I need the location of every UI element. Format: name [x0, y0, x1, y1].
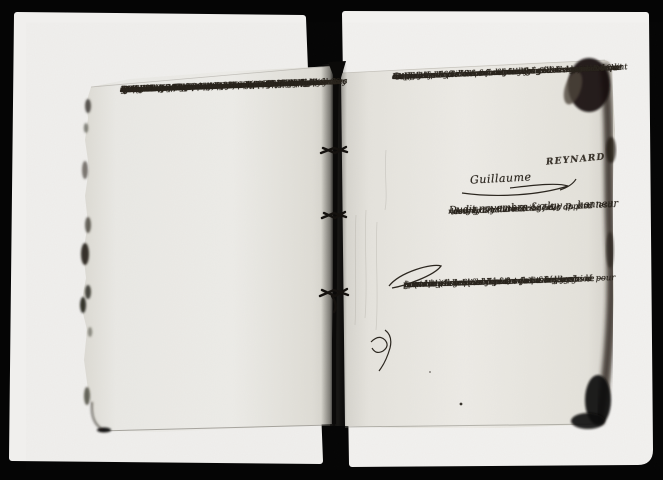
ink-speck — [429, 371, 431, 373]
manuscript-scan: Et pardevant led. sr passeur en premier … — [0, 0, 663, 480]
right-page-entry2-text: Dudit novembre &c luy p. honneurlesd. gr… — [449, 204, 618, 211]
paper-texture — [80, 60, 620, 432]
ink-speck — [460, 403, 463, 406]
right-page-entry3-text: Lan de grace &c obligé &c fait a la y en… — [404, 277, 613, 284]
